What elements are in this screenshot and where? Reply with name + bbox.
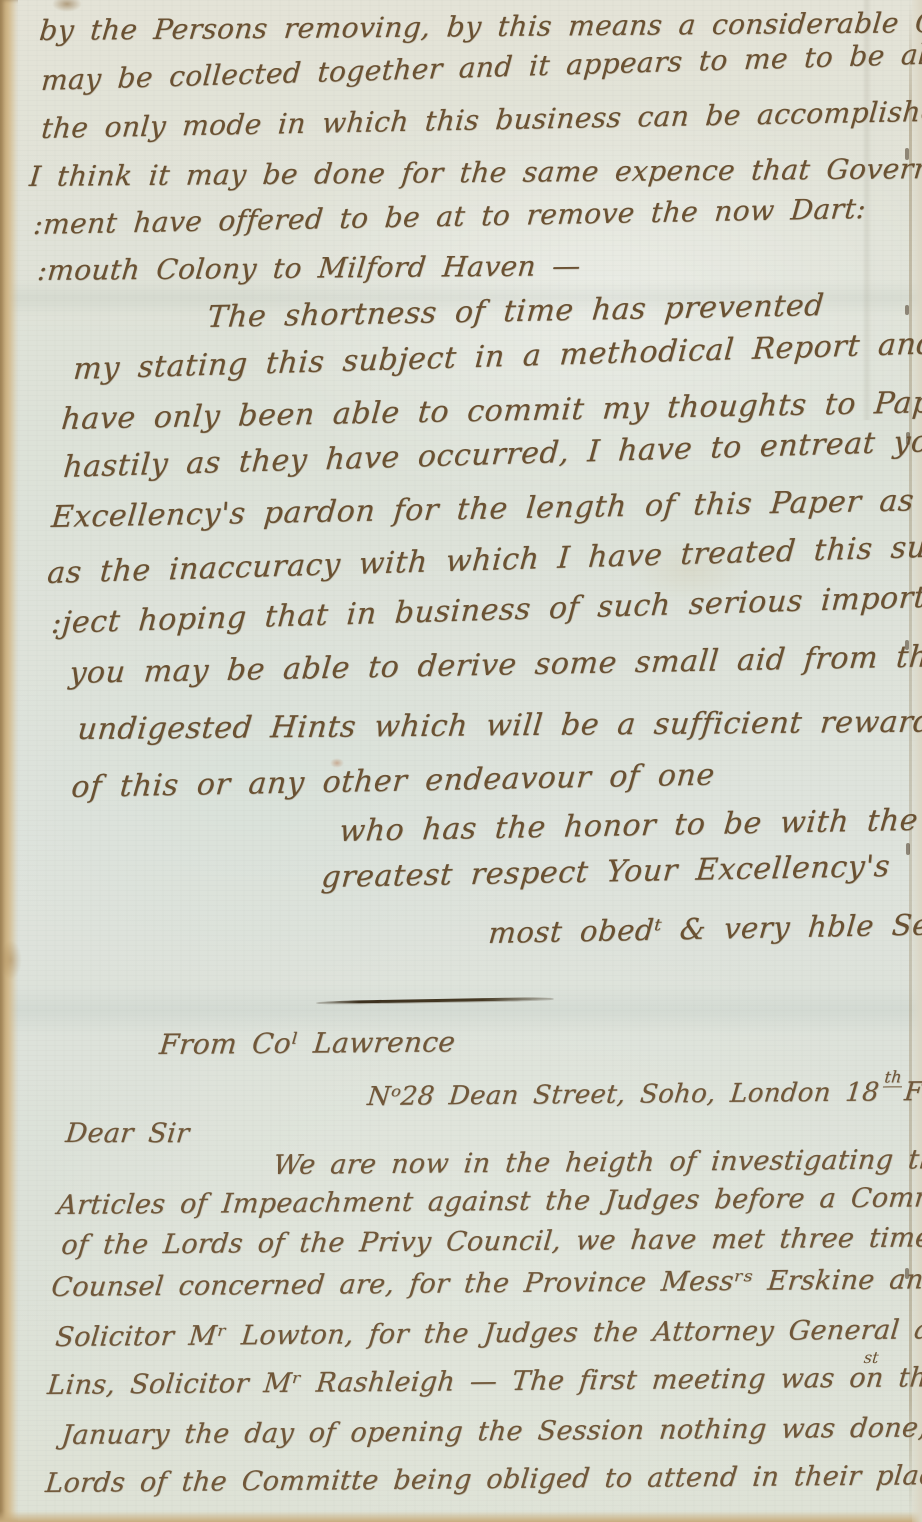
letter-line: the only mode in which this business can…: [40, 94, 922, 145]
letter-line: my stating this subject in a methodical …: [72, 326, 922, 387]
letter-line: I think it may be done for the same expe…: [28, 152, 922, 193]
letter-line: Articles of Impeachment against the Judg…: [56, 1182, 922, 1221]
archival-note: From Coˡ Lawrence: [158, 1025, 457, 1061]
manuscript-page: by the Persons removing, by this means a…: [0, 0, 922, 1522]
paper-stain: [52, 0, 82, 12]
dateline-year: Feby 1792: [903, 1076, 922, 1107]
letter-line: you may be able to derive some small aid…: [68, 638, 922, 691]
letter-line: of this or any other endeavour of one: [70, 758, 716, 805]
signature-line: most obedᵗ & very hble Servᵗ: [487, 907, 922, 950]
letter-line: greatest respect Your Excellency's: [320, 849, 892, 895]
letter-line: January the day of opening the Session n…: [60, 1412, 922, 1451]
letter-line: Excellency's pardon for the length of th…: [50, 482, 922, 535]
letter-line: Counsel concerned are, for the Province …: [50, 1263, 922, 1303]
dateline: Nᵒ28 Dean Street, Soho, London 18thFeby …: [366, 1076, 922, 1112]
page-bottom-edge: [0, 1511, 922, 1522]
page-edge-mark: [905, 305, 909, 315]
letter-line: :ment have offered to be at to remove th…: [32, 192, 867, 241]
meeting-day-superscript: st: [863, 1348, 880, 1367]
page-left-edge: [0, 0, 18, 1522]
dateline-superscript: th: [883, 1067, 904, 1087]
page-edge-mark: [906, 843, 910, 855]
salutation: Dear Sir: [64, 1118, 191, 1149]
letter-line: :ject hoping that in business of such se…: [50, 578, 922, 641]
letter-line: We are now in the heigth of investigatin…: [272, 1144, 922, 1181]
letter-line: Solicitor Mʳ Lowton, for the Judges the …: [54, 1314, 922, 1353]
dateline-text: Nᵒ28 Dean Street, Soho, London 18: [366, 1078, 881, 1112]
section-divider: [316, 997, 554, 1004]
letter-line: undigested Hints which will be a suffici…: [76, 705, 922, 747]
letter-line: of the Lords of the Privy Council, we ha…: [60, 1222, 922, 1261]
letter-line: as the inaccuracy with which I have trea…: [46, 529, 922, 591]
paper-crease: [0, 985, 922, 1035]
letter-line: :mouth Colony to Milford Haven —: [36, 249, 582, 287]
letter-line: The shortness of time has prevented: [206, 288, 826, 335]
letter-line: Lins, Solicitor Mʳ Rashleigh — The first…: [46, 1362, 922, 1401]
letter-line: who has the honor to be with the: [338, 803, 920, 849]
letter-line: Lords of the Committe being obliged to a…: [44, 1460, 922, 1499]
